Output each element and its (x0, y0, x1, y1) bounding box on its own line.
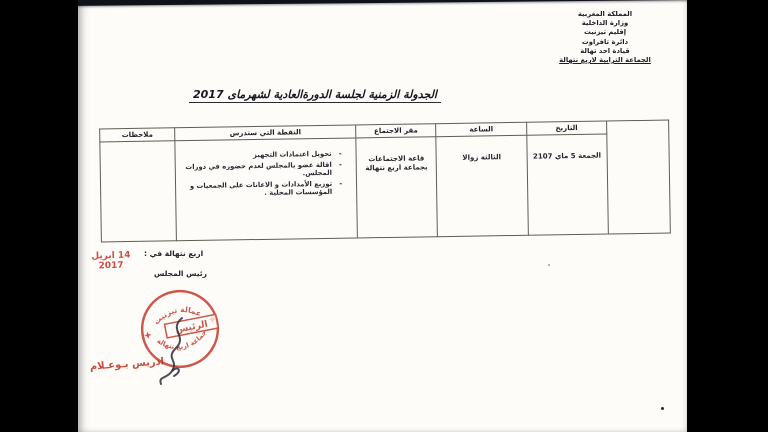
points-list: تحويل اعتمادات التجهيز اقالة عضو بالمجلس… (180, 150, 344, 200)
letterhead-line-commune: الجماعة الترابية لاربع نتهالة (551, 56, 659, 65)
signature-stroke (160, 318, 182, 384)
col-header-venue: مقر الاجتماع (356, 124, 436, 138)
point-item: توزيع الأمدادات و الاعانات على الجمعيات … (180, 179, 343, 199)
cell-venue: قاعة الاجتماعات بجماعة اربع نتهالة (356, 137, 438, 238)
letterhead-line-circle: دائرة تافراوت (551, 38, 659, 47)
schedule-table: التاريخ الساعة مقر الاجتماع النقطة التي … (99, 120, 671, 243)
col-header-notes: ملاحظات (100, 128, 175, 142)
cell-date: الجمعة 5 ماي 2107 (527, 134, 609, 235)
signatory-title: رئيس المجلس (154, 269, 207, 278)
cell-points: تحويل اعتمادات التجهيز اقالة عضو بالمجلس… (175, 138, 357, 241)
letterhead-line-caidat: قيادة احد تهالة (551, 47, 659, 56)
col-header-date: التاريخ (526, 121, 606, 135)
scan-background: المملكة المغربية وزارة الداخلية إقليم تي… (0, 0, 768, 432)
signature-loop (172, 368, 179, 376)
point-item: اقالة عضو بالمجلس لعدم حضوره في دورات ال… (180, 160, 343, 180)
table-row: الجمعة 5 ماي 2107 الثالثة زوالا قاعة الا… (100, 133, 671, 242)
point-item: تحويل اعتمادات التجهيز (180, 150, 343, 161)
place-date-line: اربع نتهالة في : (144, 249, 203, 258)
scan-speck (548, 264, 550, 266)
date-stamp: 14 ابريل 2017 (79, 250, 144, 272)
page-title: الجدولة الزمنية لجلسة الدورةالعادية لشهر… (189, 88, 441, 103)
letterhead: المملكة المغربية وزارة الداخلية إقليم تي… (551, 10, 659, 65)
table-cell-margin (607, 120, 671, 234)
schedule-table-zone: التاريخ الساعة مقر الاجتماع النقطة التي … (99, 120, 671, 243)
scan-edge-shadow (78, 0, 687, 6)
letterhead-line-ministry: وزارة الداخلية (551, 19, 659, 28)
cell-notes (100, 141, 177, 242)
document-page: المملكة المغربية وزارة الداخلية إقليم تي… (78, 0, 687, 432)
letterhead-line-kingdom: المملكة المغربية (551, 10, 659, 19)
signature-ink (148, 316, 194, 386)
cell-time: الثالثة زوالا (436, 135, 528, 236)
letterhead-line-province: إقليم تيزنيت (551, 28, 659, 37)
scan-speck (661, 407, 664, 410)
page-title-wrap: الجدولة الزمنية لجلسة الدورةالعادية لشهر… (170, 83, 460, 102)
